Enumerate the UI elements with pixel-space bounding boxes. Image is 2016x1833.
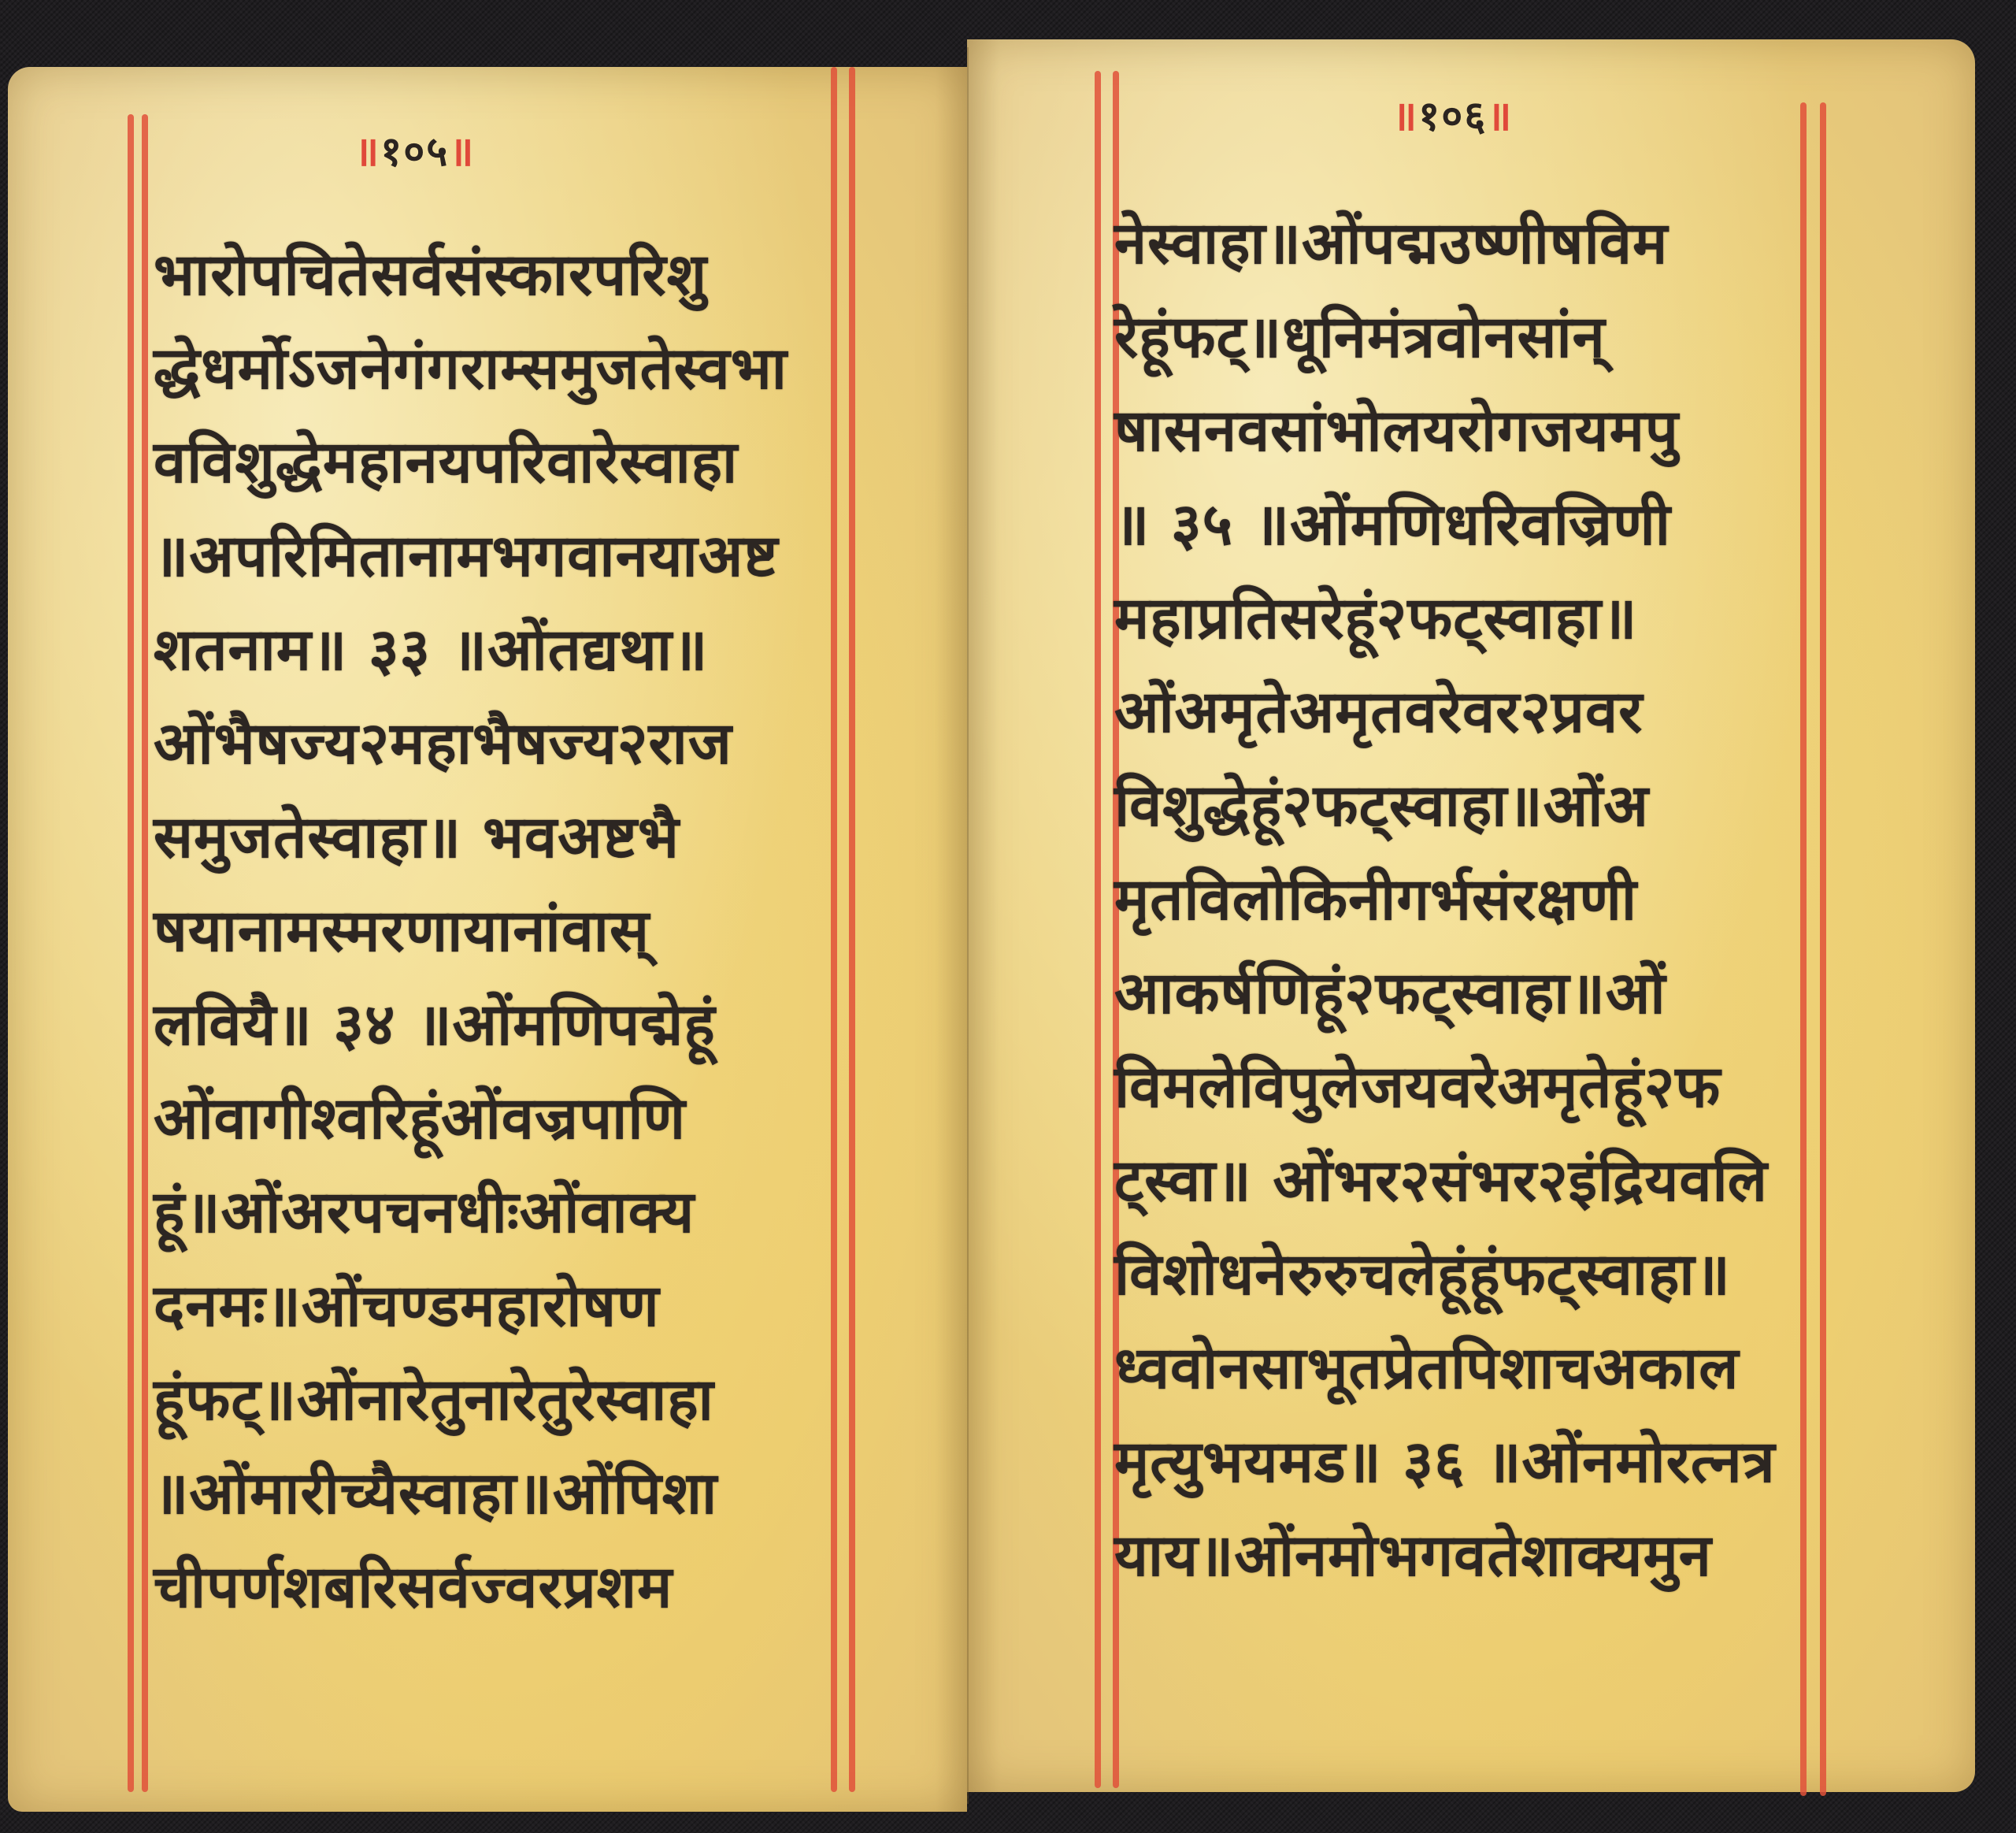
page-number-danda-prefix: ॥ <box>354 128 380 176</box>
text-line: लवियै॥ ३४ ॥ओंमणिपद्मेहूं <box>154 978 862 1072</box>
text-line: ॥अपरिमितानामभगवानयाअष्ट <box>154 510 862 603</box>
book-gutter-fold <box>967 47 969 1804</box>
text-line: ॥ओंमारीच्यैस्वाहा॥ओंपिशा <box>154 1447 862 1541</box>
text-line: षासनवसांभोलयरोगजयमपु <box>1114 384 1855 478</box>
text-line: ओंवागीश्वरिहूंओंवज्रपाणि <box>154 1072 862 1166</box>
text-line: विशुद्धेहूं२फट्स्वाहा॥ओंअ <box>1114 759 1855 853</box>
left-page-text: भारोपचितेसर्वसंस्कारपरिशु द्धेधर्मोऽजनेग… <box>154 228 862 1634</box>
left-margin-rule-outer <box>1095 71 1101 1788</box>
text-line: विशोधनेरुरुचलेहूंहूंफट्स्वाहा॥ <box>1114 1228 1855 1322</box>
left-margin-rule-inner <box>142 114 148 1792</box>
text-line: मृतविलोकिनीगर्भसंरक्षणी <box>1114 853 1855 947</box>
right-page-text: नेस्वाहा॥ओंपद्मउष्णीषविम रेहूंफट्॥धूनिमं… <box>1114 197 1855 1603</box>
text-line: भारोपचितेसर्वसंस्कारपरिशु <box>154 228 862 322</box>
text-line: ओंअमृतेअमृतवरेवर२प्रवर <box>1114 666 1855 759</box>
text-line: ट्स्वा॥ ओंभर२संभर२इंद्रियवलि <box>1114 1134 1855 1228</box>
text-line: आकर्षणिहूं२फट्स्वाहा॥ओं <box>1114 947 1855 1041</box>
page-number-danda-suffix: ॥ <box>449 128 475 176</box>
page-number-value: १०६ <box>1418 93 1487 140</box>
text-line: षयानामस्मरणायानांवास् <box>154 885 862 978</box>
text-line: द्धेधर्मोऽजनेगंगराम्समुजतेस्वभा <box>154 322 862 416</box>
page-number-value: १०५ <box>380 128 449 176</box>
left-page-number: ॥१०५॥ <box>354 122 475 178</box>
page-number-danda-prefix: ॥ <box>1392 93 1418 140</box>
text-line: हूं॥ओंअरपचनधीःओंवाक्य <box>154 1166 862 1260</box>
text-line: याय॥ओंनमोभगवतेशाक्यमुन <box>1114 1509 1855 1603</box>
text-line: रेहूंफट्॥धूनिमंत्रवोनसांन् <box>1114 291 1855 384</box>
text-line: ॥ ३५ ॥ओंमणिधरिवज्रिणी <box>1114 478 1855 572</box>
left-margin-rule-outer <box>128 114 134 1792</box>
text-line: महाप्रतिसरेहूं२फट्स्वाहा॥ <box>1114 572 1855 666</box>
text-line: समुजतेस्वाहा॥ भवअष्टभै <box>154 791 862 885</box>
text-line: ओंभैषज्य२महाभैषज्य२राज <box>154 697 862 791</box>
text-line: शतनाम॥ ३३ ॥ओंतद्यथा॥ <box>154 603 862 697</box>
text-line: चीपर्णशबरिसर्वज्वरप्रशम <box>154 1541 862 1634</box>
text-line: हूंफट्॥ओंनारेतुनारेतुरेस्वाहा <box>154 1353 862 1447</box>
text-line: मृत्युभयमड॥ ३६ ॥ओंनमोरत्नत्र <box>1114 1416 1855 1509</box>
text-line: नेस्वाहा॥ओंपद्मउष्णीषविम <box>1114 197 1855 291</box>
text-line: विमलेविपुलेजयवरेअमृतेहूं२फ <box>1114 1041 1855 1134</box>
text-line: दनमः॥ओंचण्डमहारोषण <box>154 1260 862 1353</box>
page-number-danda-suffix: ॥ <box>1487 93 1513 140</box>
right-page-number: ॥१०६॥ <box>1392 87 1513 143</box>
text-line: ध्ववोनसाभूतप्रेतपिशाचअकाल <box>1114 1322 1855 1416</box>
text-line: वविशुद्धेमहानयपरिवारेस्वाहा <box>154 416 862 510</box>
